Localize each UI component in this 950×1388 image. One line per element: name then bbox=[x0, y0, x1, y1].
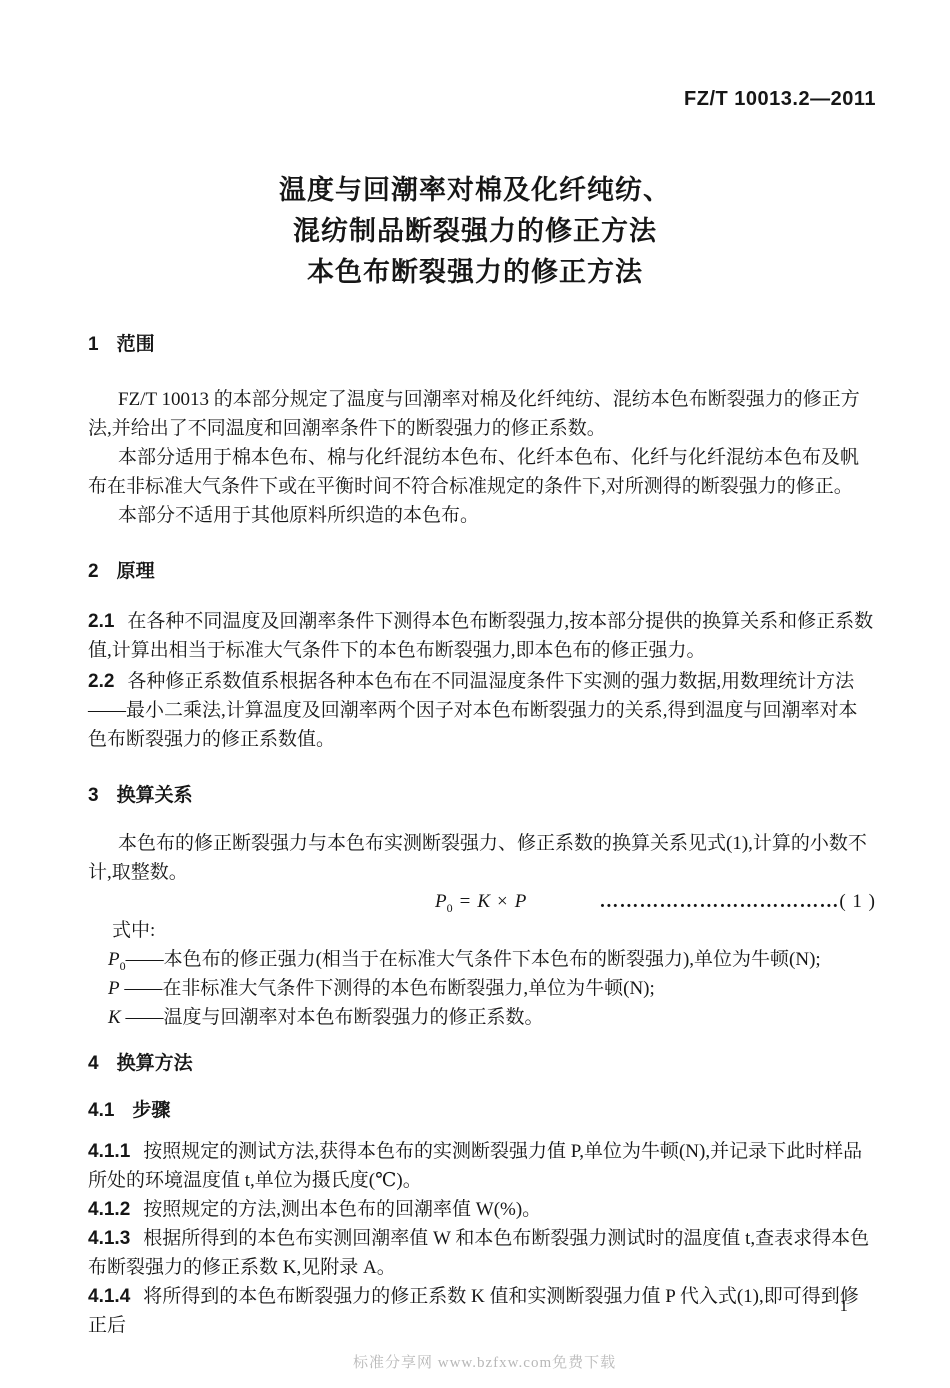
formula-leader: ………………………………( 1 ) bbox=[599, 887, 876, 916]
clause-4-1-3-number: 4.1.3 bbox=[88, 1228, 130, 1249]
clause-2-2-text: 各种修正系数值系根据各种本色布在不同温湿度条件下实测的强力数据,用数理统计方法—… bbox=[88, 671, 858, 750]
formula-1-row: P0=K×P ………………………………( 1 ) bbox=[88, 887, 876, 916]
equals-sign: = bbox=[460, 891, 471, 912]
definition-p0-symbol: P bbox=[108, 949, 120, 970]
section-3-number: 3 bbox=[88, 785, 99, 806]
section-1-number: 1 bbox=[88, 334, 99, 355]
section-4-1-title: 步骤 bbox=[132, 1100, 170, 1121]
formula-p-symbol: P bbox=[515, 891, 527, 912]
section-1-title: 范围 bbox=[117, 334, 155, 355]
equation-number: ( 1 ) bbox=[839, 891, 876, 912]
document-body: 1范围 FZ/T 10013 的本部分规定了温度与回潮率对棉及化纤纯纺、混纺本色… bbox=[88, 330, 876, 1340]
scope-paragraph-1: FZ/T 10013 的本部分规定了温度与回潮率对棉及化纤纯纺、混纺本色布断裂强… bbox=[88, 385, 876, 443]
clause-2-1-text: 在各种不同温度及回潮率条件下测得本色布断裂强力,按本部分提供的换算关系和修正系数… bbox=[88, 611, 873, 661]
definition-k: K ——温度与回潮率对本色布断裂强力的修正系数。 bbox=[108, 1003, 876, 1032]
clause-4-1-4: 4.1.4将所得到的本色布断裂强力的修正系数 K 值和实测断裂强力值 P 代入式… bbox=[88, 1282, 876, 1340]
leader-dots: ……………………………… bbox=[599, 891, 839, 912]
formula-k-symbol: K bbox=[477, 891, 490, 912]
conversion-paragraph: 本色布的修正断裂强力与本色布实测断裂强力、修正系数的换算关系见式(1),计算的小… bbox=[88, 829, 876, 887]
multiply-sign: × bbox=[497, 891, 508, 912]
clause-2-1: 2.1在各种不同温度及回潮率条件下测得本色布断裂强力,按本部分提供的换算关系和修… bbox=[88, 607, 876, 665]
clause-4-1-3-text: 根据所得到的本色布实测回潮率值 W 和本色布断裂强力测试时的温度值 t,查表求得… bbox=[88, 1228, 869, 1278]
clause-4-1-1-number: 4.1.1 bbox=[88, 1141, 130, 1162]
section-1-heading: 1范围 bbox=[88, 330, 876, 359]
clause-4-1-2: 4.1.2按照规定的方法,测出本色布的回潮率值 W(%)。 bbox=[88, 1195, 876, 1224]
clause-2-1-number: 2.1 bbox=[88, 611, 114, 632]
definition-p-symbol: P bbox=[108, 978, 120, 999]
scope-paragraph-2: 本部分适用于棉本色布、棉与化纤混纺本色布、化纤本色布、化纤与化纤混纺本色布及帆布… bbox=[88, 443, 876, 501]
document-page: FZ/T 10013.2—2011 温度与回潮率对棉及化纤纯纺、 混纺制品断裂强… bbox=[0, 0, 950, 1388]
formula-1: P0=K×P bbox=[435, 887, 526, 916]
title-line-1: 温度与回潮率对棉及化纤纯纺、 bbox=[0, 170, 950, 211]
definition-p-text: ——在非标准大气条件下测得的本色布断裂强力,单位为牛顿(N); bbox=[120, 978, 655, 999]
document-title: 温度与回潮率对棉及化纤纯纺、 混纺制品断裂强力的修正方法 本色布断裂强力的修正方… bbox=[0, 170, 950, 293]
section-4-heading: 4换算方法 bbox=[88, 1049, 876, 1078]
title-line-2: 混纺制品断裂强力的修正方法 bbox=[0, 211, 950, 252]
formula-p0-subscript: 0 bbox=[447, 901, 453, 915]
section-4-1-heading: 4.1步骤 bbox=[88, 1096, 876, 1125]
section-4-number: 4 bbox=[88, 1053, 99, 1074]
title-line-3: 本色布断裂强力的修正方法 bbox=[0, 252, 950, 293]
clause-4-1-3: 4.1.3根据所得到的本色布实测回潮率值 W 和本色布断裂强力测试时的温度值 t… bbox=[88, 1224, 876, 1282]
where-label: 式中: bbox=[112, 916, 876, 945]
section-4-1-number: 4.1 bbox=[88, 1100, 114, 1121]
watermark-text: 标准分享网 www.bzfxw.com免费下载 bbox=[353, 1351, 616, 1372]
section-3-heading: 3换算关系 bbox=[88, 781, 876, 810]
clause-4-1-1-text: 按照规定的测试方法,获得本色布的实测断裂强力值 P,单位为牛顿(N),并记录下此… bbox=[88, 1141, 862, 1191]
definition-k-symbol: K bbox=[108, 1007, 121, 1028]
section-2-heading: 2原理 bbox=[88, 557, 876, 586]
section-2-number: 2 bbox=[88, 561, 99, 582]
clause-2-2-number: 2.2 bbox=[88, 671, 114, 692]
standard-code: FZ/T 10013.2—2011 bbox=[684, 88, 876, 111]
section-3-title: 换算关系 bbox=[117, 785, 193, 806]
definition-k-text: ——温度与回潮率对本色布断裂强力的修正系数。 bbox=[121, 1007, 544, 1028]
clause-4-1-1: 4.1.1按照规定的测试方法,获得本色布的实测断裂强力值 P,单位为牛顿(N),… bbox=[88, 1137, 876, 1195]
clause-4-1-2-text: 按照规定的方法,测出本色布的回潮率值 W(%)。 bbox=[143, 1199, 541, 1220]
definition-p0-text: ——本色布的修正强力(相当于在标准大气条件下本色布的断裂强力),单位为牛顿(N)… bbox=[126, 949, 821, 970]
formula-p0-symbol: P bbox=[435, 891, 447, 912]
page-number: 1 bbox=[840, 1296, 849, 1316]
definition-p0: P0——本色布的修正强力(相当于在标准大气条件下本色布的断裂强力),单位为牛顿(… bbox=[108, 945, 876, 974]
section-2-title: 原理 bbox=[117, 561, 155, 582]
clause-4-1-4-number: 4.1.4 bbox=[88, 1286, 130, 1307]
scope-paragraph-3: 本部分不适用于其他原料所织造的本色布。 bbox=[88, 501, 876, 530]
clause-2-2: 2.2各种修正系数值系根据各种本色布在不同温湿度条件下实测的强力数据,用数理统计… bbox=[88, 667, 876, 754]
section-4-title: 换算方法 bbox=[117, 1053, 193, 1074]
clause-4-1-4-text: 将所得到的本色布断裂强力的修正系数 K 值和实测断裂强力值 P 代入式(1),即… bbox=[88, 1286, 859, 1336]
definition-p: P ——在非标准大气条件下测得的本色布断裂强力,单位为牛顿(N); bbox=[108, 974, 876, 1003]
clause-4-1-2-number: 4.1.2 bbox=[88, 1199, 130, 1220]
